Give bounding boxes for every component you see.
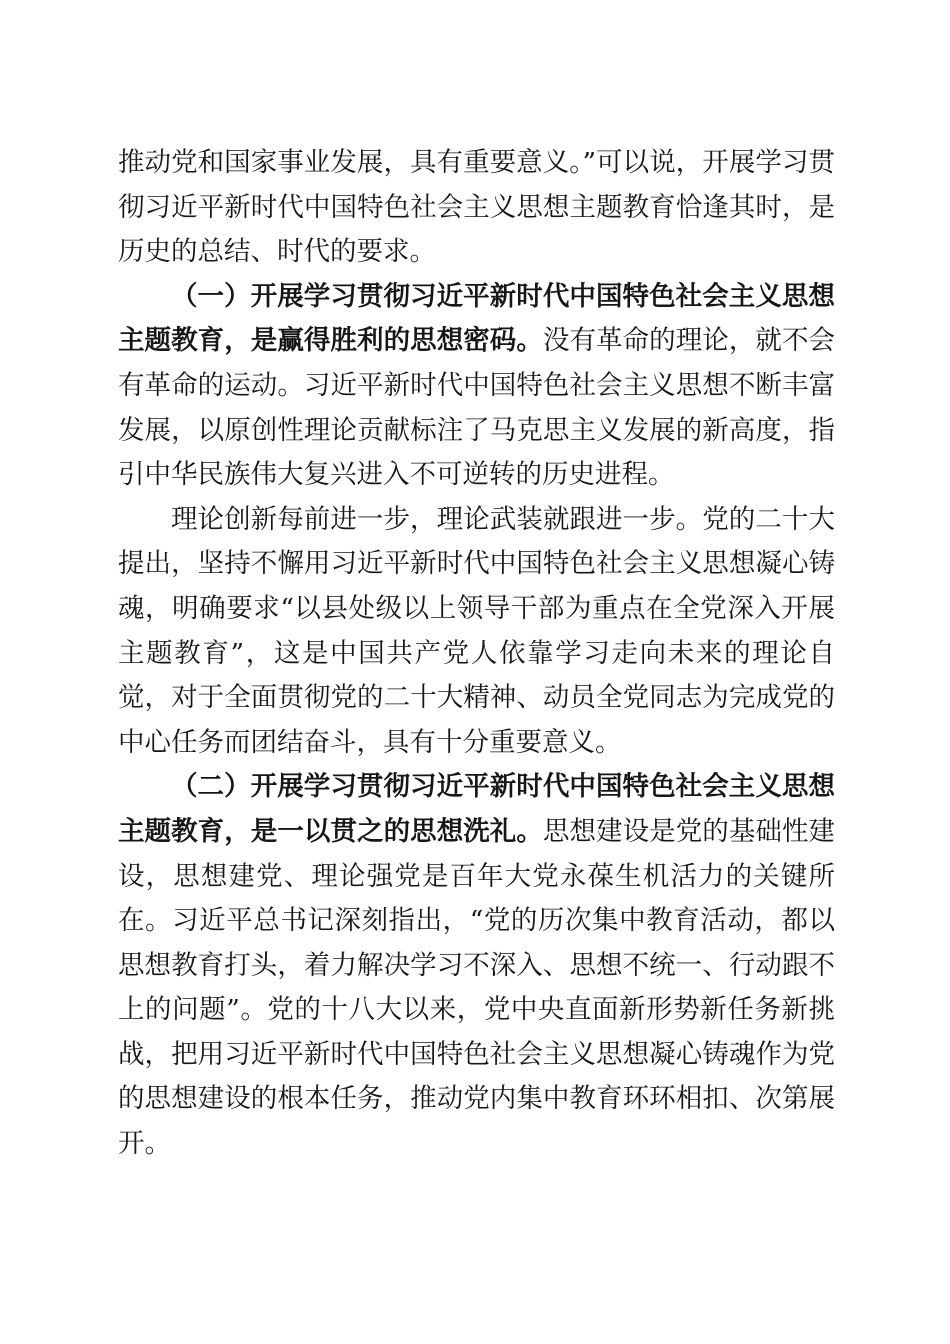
paragraph-text: 理论创新每前进一步，理论武装就跟进一步。党的二十大提出，坚持不懈用习近平新时代中… [118, 504, 835, 758]
paragraph-text: 推动党和国家事业发展，具有重要意义。”可以说，开展学习贯彻习近平新时代中国特色社… [118, 147, 835, 267]
paragraph-theory-innovation: 理论创新每前进一步，理论武装就跟进一步。党的二十大提出，坚持不懈用习近平新时代中… [118, 498, 835, 766]
paragraph-text: 思想建设是党的基础性建设，思想建党、理论强党是百年大党永葆生机活力的关键所在。习… [118, 816, 835, 1159]
document-body-text: 推动党和国家事业发展，具有重要意义。”可以说，开展学习贯彻习近平新时代中国特色社… [118, 141, 835, 1167]
paragraph-point-one: （一）开展学习贯彻习近平新时代中国特色社会主义思想主题教育，是赢得胜利的思想密码… [118, 275, 835, 498]
paragraph-continuation: 推动党和国家事业发展，具有重要意义。”可以说，开展学习贯彻习近平新时代中国特色社… [118, 141, 835, 275]
document-page: 推动党和国家事业发展，具有重要意义。”可以说，开展学习贯彻习近平新时代中国特色社… [0, 0, 950, 1344]
paragraph-point-two: （二）开展学习贯彻习近平新时代中国特色社会主义思想主题教育，是一以贯之的思想洗礼… [118, 765, 835, 1166]
